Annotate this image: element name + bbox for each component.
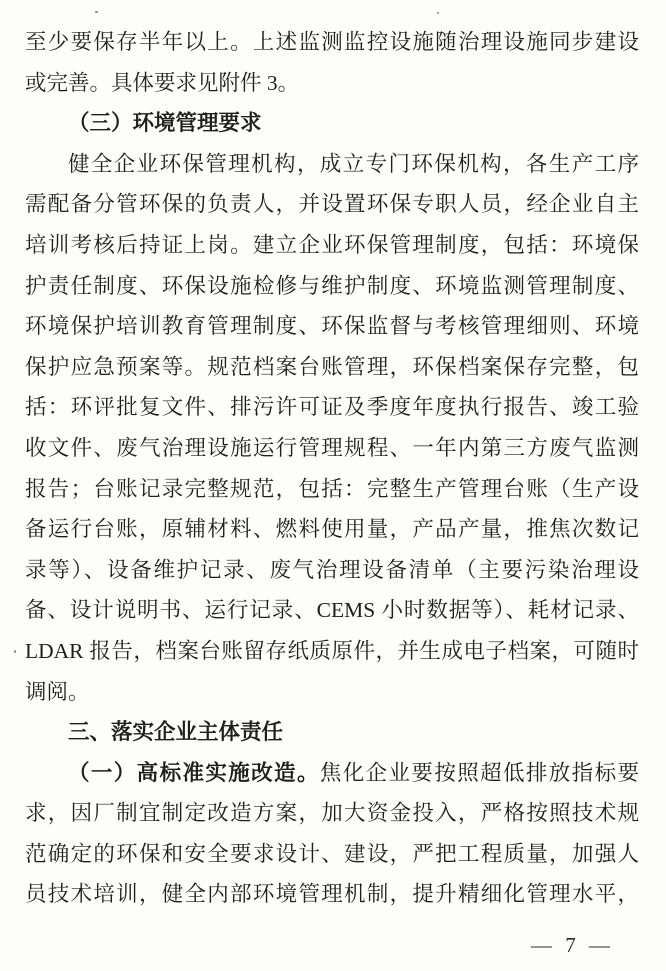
body-line: 或完善。具体要求见附件 3。	[25, 63, 639, 104]
body-line: 培训考核后持证上岗。建立企业环保管理制度，包括：环境保	[25, 225, 639, 266]
body-line: 需配备分管环保的负责人，并设置环保专职人员，经企业自主	[25, 184, 639, 225]
body-line: 求，因厂制宜制定改造方案，加大资金投入，严格按照技术规	[25, 793, 639, 834]
body-line: 报告；台账记录完整规范，包括：完整生产管理台账（生产设	[25, 469, 639, 510]
paragraph-lead-line: 健全企业环保管理机构，成立专门环保机构，各生产工序	[25, 144, 639, 185]
inline-subheading: （一）高标准实施改造。	[68, 761, 320, 785]
body-line: 保护应急预案等。规范档案台账管理，环保档案保存完整，包	[25, 347, 639, 388]
document-body: 至少要保存半年以上。上述监测监控设施随治理设施同步建设 或完善。具体要求见附件 …	[25, 22, 639, 915]
body-line: 备、设计说明书、运行记录、CEMS 小时数据等）、耗材记录、	[25, 590, 639, 631]
body-line: 护责任制度、环保设施检修与维护制度、环境监测管理制度、	[25, 266, 639, 307]
scan-speck	[95, 11, 98, 13]
body-line: 员技术培训，健全内部环境管理机制，提升精细化管理水平，	[25, 874, 639, 915]
body-line: 环境保护培训教育管理制度、环保监督与考核管理细则、环境	[25, 306, 639, 347]
body-line: 收文件、废气治理设施运行管理规程、一年内第三方废气监测	[25, 428, 639, 469]
line-text: 焦化企业要按照超低排放指标要	[320, 761, 639, 785]
body-line: 至少要保存半年以上。上述监测监控设施随治理设施同步建设	[25, 22, 639, 63]
paragraph-lead-line: （一）高标准实施改造。焦化企业要按照超低排放指标要	[25, 753, 639, 794]
document-page: 至少要保存半年以上。上述监测监控设施随治理设施同步建设 或完善。具体要求见附件 …	[0, 0, 666, 971]
body-line: 调阅。	[25, 672, 639, 713]
section-heading: （三）环境管理要求	[25, 103, 639, 144]
page-number: — 7 —	[531, 933, 614, 958]
body-line: 范确定的环保和安全要求设计、建设，严把工程质量，加强人	[25, 834, 639, 875]
section-heading: 三、落实企业主体责任	[25, 712, 639, 753]
scan-speck	[437, 12, 439, 14]
body-line: 备运行台账，原辅材料、燃料使用量，产品产量，推焦次数记	[25, 509, 639, 550]
body-line: 括：环评批复文件、排污许可证及季度年度执行报告、竣工验	[25, 387, 639, 428]
body-line: 录等）、设备维护记录、废气治理设备清单（主要污染治理设	[25, 550, 639, 591]
scan-speck	[14, 650, 16, 653]
body-line: LDAR 报告，档案台账留存纸质原件，并生成电子档案，可随时	[25, 631, 639, 672]
